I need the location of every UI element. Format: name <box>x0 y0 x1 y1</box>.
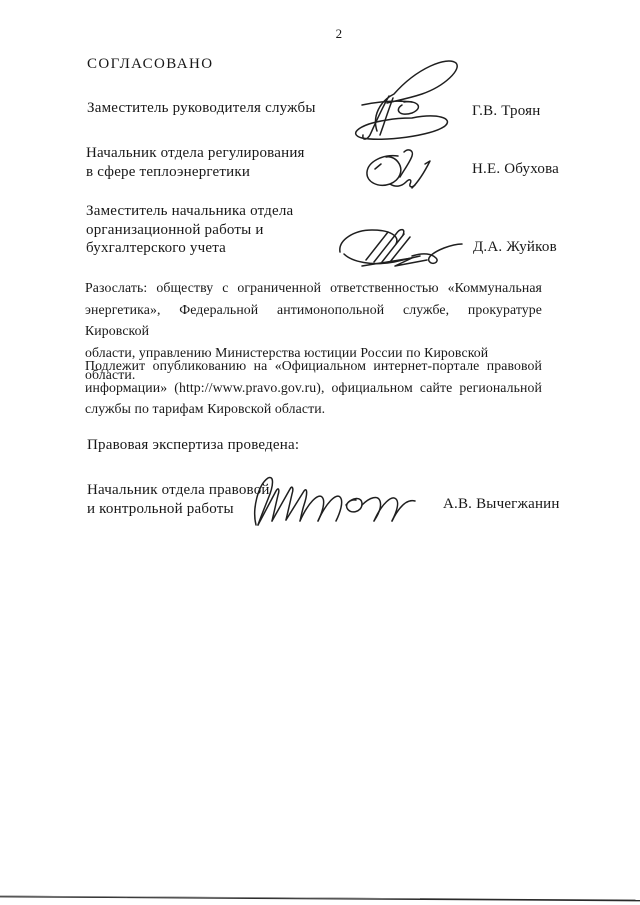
paragraph-line: энергетика», Федеральной антимонопольной… <box>85 299 542 342</box>
document-page: 2 СОГЛАСОВАНО Заместитель руководителя с… <box>0 0 640 905</box>
page-bottom-edge <box>0 893 640 905</box>
paragraph-line: Разослать: обществу с ограниченной ответ… <box>85 277 542 299</box>
title-line: и контрольной работы <box>87 500 270 519</box>
title-line: бухгалтерского учета <box>86 239 293 258</box>
signatory-name: Г.В. Троян <box>472 102 540 121</box>
legal-review-title: Начальник отдела правовой и контрольной … <box>87 481 270 518</box>
signatory-name: Д.А. Жуйков <box>473 238 557 257</box>
signatory-title: Заместитель руководителя службы <box>87 99 316 118</box>
title-line: Начальник отдела правовой <box>87 481 270 500</box>
signatory-name: Н.Е. Обухова <box>472 160 559 179</box>
publication-paragraph: Подлежит опубликованию на «Официальном и… <box>85 355 542 420</box>
title-line: Заместитель начальника отдела <box>86 202 293 221</box>
signatory-title: Начальник отдела регулирования в сфере т… <box>86 144 305 181</box>
title-line: Начальник отдела регулирования <box>86 144 305 163</box>
paragraph-line: информации» (http://www.pravo.gov.ru), о… <box>85 377 542 399</box>
signatory-title: Заместитель начальника отдела организаци… <box>86 202 293 258</box>
legal-expertise-note: Правовая экспертиза проведена: <box>87 436 299 455</box>
legal-review-name: А.В. Вычегжанин <box>443 495 560 514</box>
paragraph-line: службы по тарифам Кировской области. <box>85 398 542 420</box>
title-line: в сфере теплоэнергетики <box>86 163 305 182</box>
obukhova-signature <box>362 146 444 194</box>
paragraph-line: Подлежит опубликованию на «Официальном и… <box>85 355 542 377</box>
title-line: организационной работы и <box>86 221 293 240</box>
vychegzhanin-signature <box>250 475 420 527</box>
page-number: 2 <box>331 26 347 42</box>
title-line: Заместитель руководителя службы <box>87 99 316 118</box>
zhuikov-signature <box>332 226 464 270</box>
troyan-signature <box>342 56 467 141</box>
approval-heading: СОГЛАСОВАНО <box>87 55 213 74</box>
